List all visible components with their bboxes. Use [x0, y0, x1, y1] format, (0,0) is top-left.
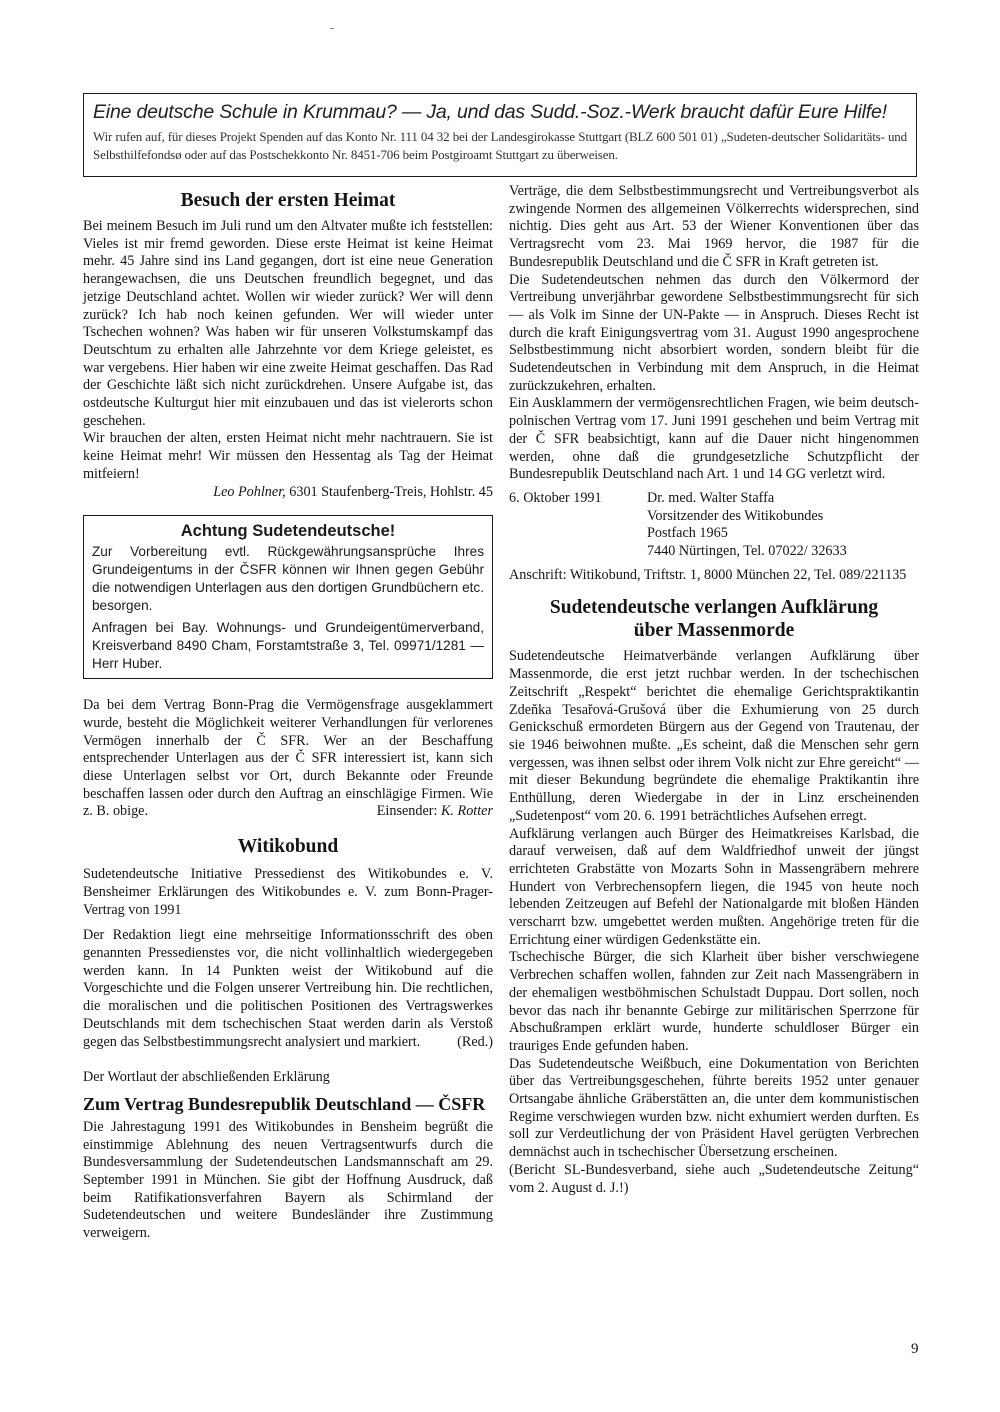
article-body: Der Redaktion liegt eine mehrseitige Inf…	[83, 927, 493, 1049]
article-title-massenmorde: Sudetendeutsche verlangen Aufklärung übe…	[509, 596, 919, 642]
article-paragraph: Aufklärung verlangen auch Bürger des Hei…	[509, 826, 919, 950]
advert-paragraph: Zur Vorbereitung evtl. Rückgewährungsans…	[92, 543, 484, 615]
article-title-witikobund: Witikobund	[83, 835, 493, 858]
article-paragraph: Sudetendeutsche Heimatverbände verlangen…	[509, 648, 919, 825]
article-title-besuch: Besuch der ersten Heimat	[83, 189, 493, 212]
advert-box: Achtung Sudetendeutsche! Zur Vorbereitun…	[83, 515, 493, 679]
title-line: Sudetendeutsche verlangen Aufklärung	[509, 596, 919, 619]
page-number: 9	[911, 1341, 919, 1358]
article-paragraph: Ein Ausklammern der vermögensrechtlichen…	[509, 395, 919, 484]
article-paragraph: Das Sudetendeutsche Weißbuch, eine Dokum…	[509, 1056, 919, 1162]
sender-label: Einsender:	[377, 803, 441, 819]
note-paragraph: Da bei dem Vertrag Bonn-Prag die Vermöge…	[83, 697, 493, 821]
donation-banner: Eine deutsche Schule in Krummau? — Ja, u…	[83, 93, 917, 177]
author-address: 6301 Staufenberg-Treis, Hohlstr. 45	[286, 484, 493, 500]
right-column: Verträge, die dem Selbstbestimmungsrecht…	[509, 183, 919, 1197]
title-line: über Massenmorde	[509, 619, 919, 642]
article-signature: Leo Pohlner, 6301 Staufenberg-Treis, Hoh…	[83, 484, 493, 502]
article-paragraph: Wir brauchen der alten, ersten Heimat ni…	[83, 430, 493, 483]
sender-name: K. Rotter	[441, 803, 493, 819]
article-paragraph: Tschechische Bürger, die sich Klarheit ü…	[509, 949, 919, 1055]
author-name: Leo Pohlner,	[213, 484, 286, 500]
signature-block: 6. Oktober 1991 Dr. med. Walter Staffa V…	[509, 490, 919, 561]
signature-line: 7440 Nürtingen, Tel. 07022/ 32633	[647, 543, 919, 561]
signature-line: Postfach 1965	[647, 525, 919, 543]
article-source: (Bericht SL-Bundesverband, siehe auch „S…	[509, 1162, 919, 1197]
article-paragraph: Die Jahrestagung 1991 des Witikobundes i…	[83, 1119, 493, 1243]
advert-contact: Anfragen bei Bay. Wohnungs- und Grundeig…	[92, 619, 484, 673]
advert-title: Achtung Sudetendeutsche!	[92, 520, 484, 542]
article-subtitle: Zum Vertrag Bundesrepublik Deutschland —…	[83, 1093, 493, 1116]
article-paragraph: Die Sudetendeutschen nehmen das durch de…	[509, 272, 919, 396]
editor-credit: (Red.)	[457, 1034, 493, 1052]
signature-line: Dr. med. Walter Staffa	[647, 490, 919, 508]
banner-body: Wir rufen auf, für dieses Projekt Spende…	[93, 128, 907, 164]
article-paragraph: Der Redaktion liegt eine mehrseitige Inf…	[83, 927, 493, 1051]
address-line: Anschrift: Witikobund, Triftstr. 1, 8000…	[509, 567, 919, 585]
article-lead: Der Wortlaut der abschließenden Erklärun…	[83, 1069, 493, 1087]
note-text: Da bei dem Vertrag Bonn-Prag die Vermöge…	[83, 697, 493, 819]
signature-date: 6. Oktober 1991	[509, 490, 647, 561]
signature-line: Vorsitzender des Witikobundes	[647, 508, 919, 526]
article-paragraph: Verträge, die dem Selbstbestimmungsrecht…	[509, 183, 919, 272]
scan-mark	[330, 28, 334, 29]
article-paragraph: Bei meinem Besuch im Juli rund um den Al…	[83, 218, 493, 430]
left-column: Besuch der ersten Heimat Bei meinem Besu…	[83, 183, 493, 1243]
banner-headline: Eine deutsche Schule in Krummau? — Ja, u…	[93, 99, 907, 125]
article-intro: Sudetendeutsche Initiative Pressedienst …	[83, 866, 493, 919]
